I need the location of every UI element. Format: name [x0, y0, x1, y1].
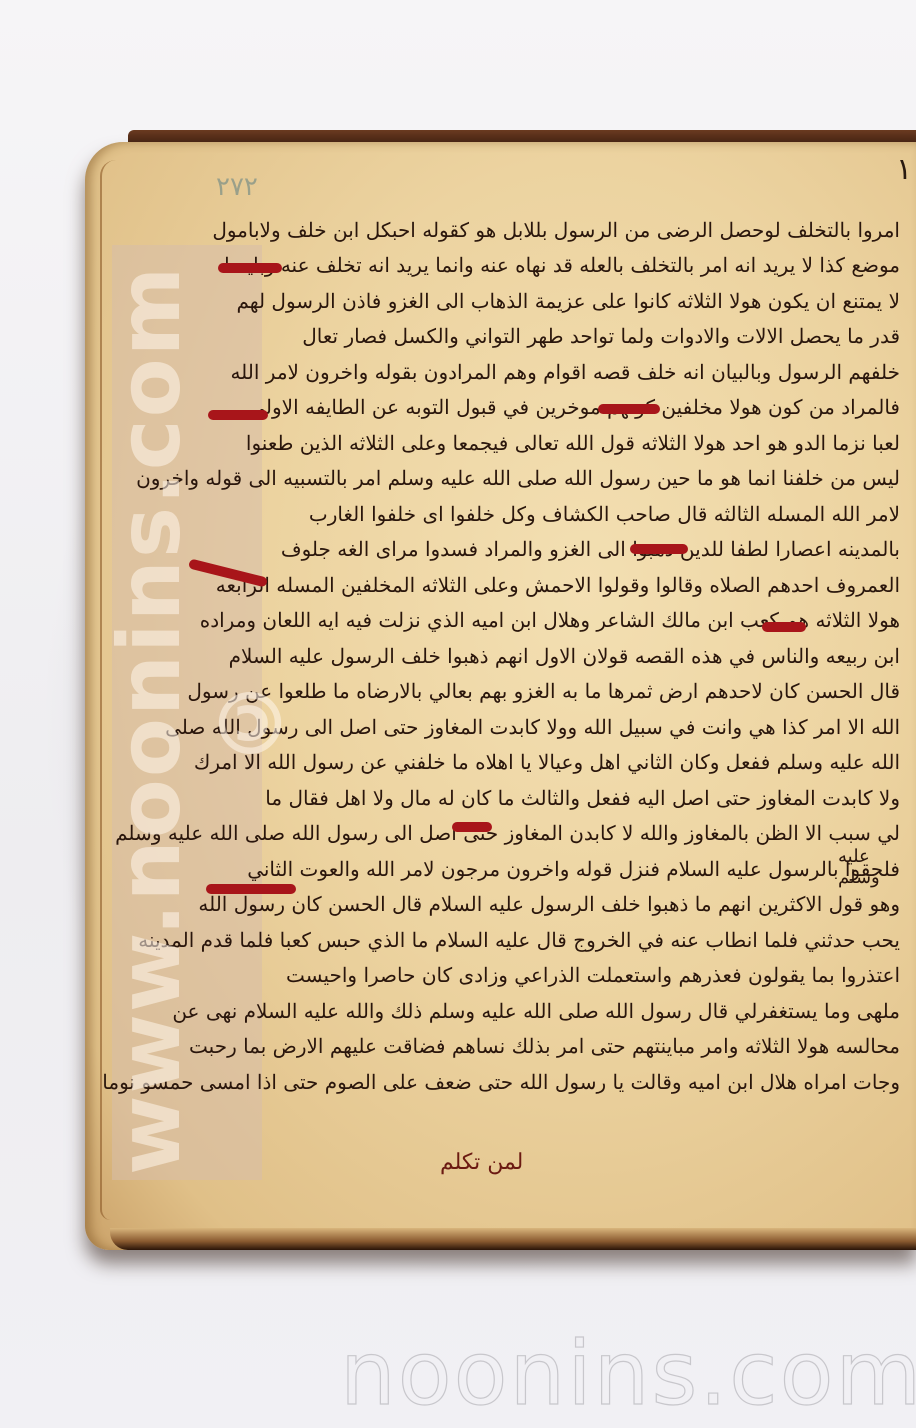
watermark-bottom: noonins.com — [340, 1322, 916, 1425]
folio-number: ٢٧٢ — [216, 172, 258, 202]
text-line: امروا بالتخلف لوحصل الرضى من الرسول بللا… — [170, 212, 900, 248]
rubric-mark — [630, 544, 688, 554]
rubric-mark — [762, 622, 806, 632]
margin-note: عليه وسلم — [838, 846, 916, 888]
text-line: هولا الثلاثه هم كعب ابن مالك الشاعر وهلا… — [170, 603, 900, 639]
text-line: ملهى وما يستغفرلي قال رسول الله صلى الله… — [170, 993, 900, 1029]
rubric-mark — [452, 822, 492, 832]
text-line: فلحقوا بالرسول عليه السلام فنزل قوله واخ… — [170, 851, 900, 887]
text-line: لا يمتنع ان يكون هولا الثلاثه كانوا على … — [170, 283, 900, 319]
text-line: قدر ما يحصل الالات والادوات ولما تواحد ط… — [170, 319, 900, 355]
text-line: بالمدينه اعصارا لطفا للدين ذهبوا الى الغ… — [170, 532, 900, 568]
text-line: ولا كابدت المغاوز حتى اصل اليه ففعل والث… — [170, 780, 900, 816]
text-line: ليس من خلفنا انما هو ما حين رسول الله صل… — [170, 461, 900, 497]
corner-mark: ١ — [896, 152, 912, 187]
rubric-mark — [598, 404, 660, 414]
text-line: لامر الله المسله الثالثه قال صاحب الكشاف… — [170, 496, 900, 532]
text-line: اعتذروا بما يقولون فعذرهم واستعملت الذرا… — [170, 958, 900, 994]
text-line: يحب حدثني فلما انطاب عنه في الخروج قال ع… — [170, 922, 900, 958]
text-line: محالسه هولا الثلاثه وامر مباينتهم حتى ام… — [170, 1029, 900, 1065]
text-line: وجات امراه هلال ابن اميه وقالت يا رسول ا… — [170, 1064, 900, 1100]
text-line: العمروف احدهم الصلاه وقالوا وقولوا الاحم… — [170, 567, 900, 603]
text-line: لعبا نزما الدو هو احد هولا الثلاثه قول ا… — [170, 425, 900, 461]
colophon-signature: لمن تكلم — [440, 1150, 523, 1175]
book-bottom-edge — [110, 1228, 916, 1250]
text-line: خلفهم الرسول وبالبيان انه خلف قصه اقوام … — [170, 354, 900, 390]
text-line — [170, 1100, 900, 1136]
text-line: فالمراد من كون هولا مخلفين كونهم موخرين … — [170, 390, 900, 426]
text-line: لي سبب الا الظن بالمغاوز والله لا كابدن … — [170, 816, 900, 852]
watermark-vertical: www.noonins.com © — [100, 260, 275, 1180]
